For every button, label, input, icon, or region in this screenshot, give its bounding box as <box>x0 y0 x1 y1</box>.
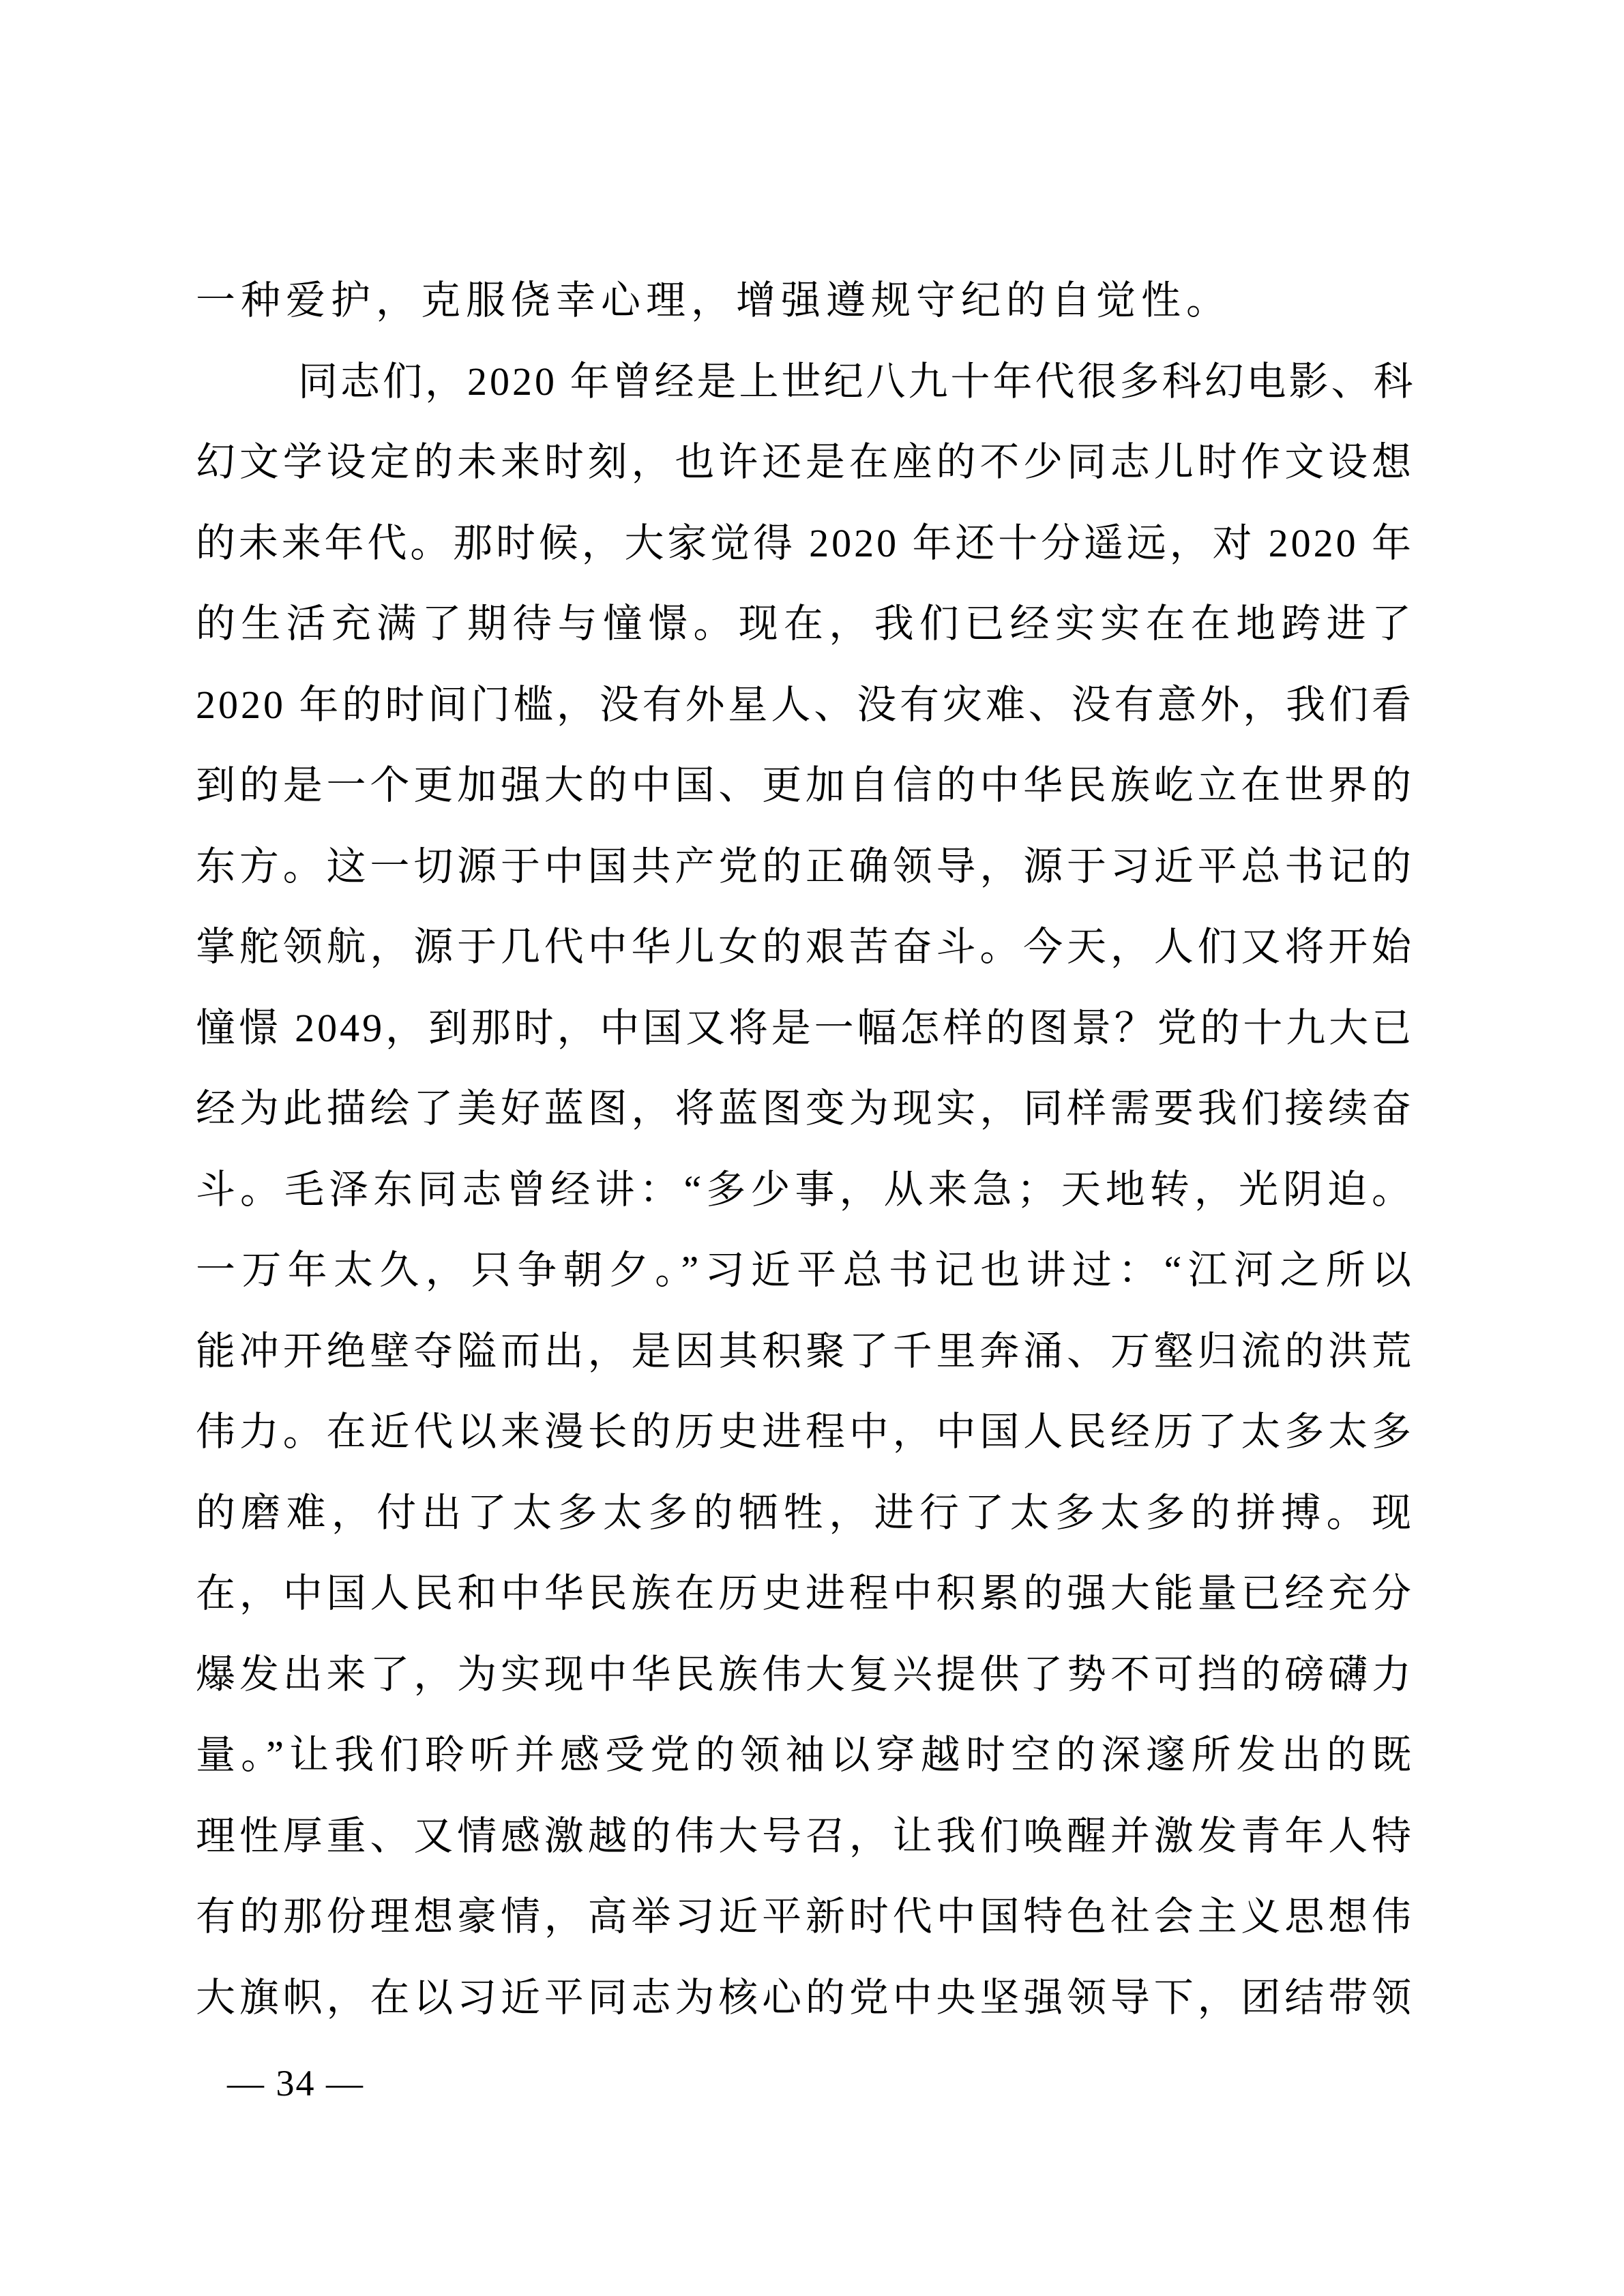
text-line: 的未来年代。那时候，大家觉得 2020 年还十分遥远，对 2020 年 <box>196 503 1414 584</box>
text-line: 经为此描绘了美好蓝图，将蓝图变为现实，同样需要我们接续奋 <box>196 1069 1414 1150</box>
text-line: 在，中国人民和中华民族在历史进程中积累的强大能量已经充分 <box>196 1553 1414 1635</box>
text-line: 理性厚重、又情感激越的伟大号召，让我们唤醒并激发青年人特 <box>196 1796 1414 1877</box>
page-number: — 34 — <box>227 2063 364 2104</box>
text-line: 一种爱护，克服侥幸心理，增强遵规守纪的自觉性。 <box>196 260 1414 342</box>
text-line: 大旗帜，在以习近平同志为核心的党中央坚强领导下，团结带领 <box>196 1958 1414 2039</box>
text-line: 2020 年的时间门槛，没有外星人、没有灾难、没有意外，我们看 <box>196 665 1414 746</box>
text-line: 掌舵领航，源于几代中华儿女的艰苦奋斗。今天，人们又将开始 <box>196 907 1414 988</box>
text-line: 的生活充满了期待与憧憬。现在，我们已经实实在在地跨进了 <box>196 584 1414 665</box>
page-footer: — 34 — <box>227 2061 364 2106</box>
text-line: 斗。毛泽东同志曾经讲：“多少事，从来急；天地转，光阴迫。 <box>196 1150 1414 1231</box>
text-line: 有的那份理想豪情，高举习近平新时代中国特色社会主义思想伟 <box>196 1877 1414 1958</box>
text-line: 憧憬 2049，到那时，中国又将是一幅怎样的图景？党的十九大已 <box>196 988 1414 1069</box>
text-line: 幻文学设定的未来时刻，也许还是在座的不少同志儿时作文设想 <box>196 422 1414 503</box>
text-line: 到的是一个更加强大的中国、更加自信的中华民族屹立在世界的 <box>196 745 1414 826</box>
text-line: 的磨难，付出了太多太多的牺牲，进行了太多太多的拼搏。现 <box>196 1473 1414 1554</box>
text-line: 爆发出来了，为实现中华民族伟大复兴提供了势不可挡的磅礴力 <box>196 1635 1414 1716</box>
text-line: 东方。这一切源于中国共产党的正确领导，源于习近平总书记的 <box>196 826 1414 908</box>
text-line: 一万年太久，只争朝夕。”习近平总书记也讲过：“江河之所以 <box>196 1230 1414 1311</box>
text-line: 伟力。在近代以来漫长的历史进程中，中国人民经历了太多太多 <box>196 1392 1414 1473</box>
body-text: 一种爱护，克服侥幸心理，增强遵规守纪的自觉性。同志们，2020 年曾经是上世纪八… <box>196 260 1414 2038</box>
text-line: 量。”让我们聆听并感受党的领袖以穿越时空的深邃所发出的既 <box>196 1715 1414 1796</box>
text-line: 能冲开绝壁夺隘而出，是因其积聚了千里奔涌、万壑归流的洪荒 <box>196 1311 1414 1392</box>
text-line: 同志们，2020 年曾经是上世纪八九十年代很多科幻电影、科 <box>196 342 1414 423</box>
document-page: 一种爱护，克服侥幸心理，增强遵规守纪的自觉性。同志们，2020 年曾经是上世纪八… <box>0 0 1624 2296</box>
